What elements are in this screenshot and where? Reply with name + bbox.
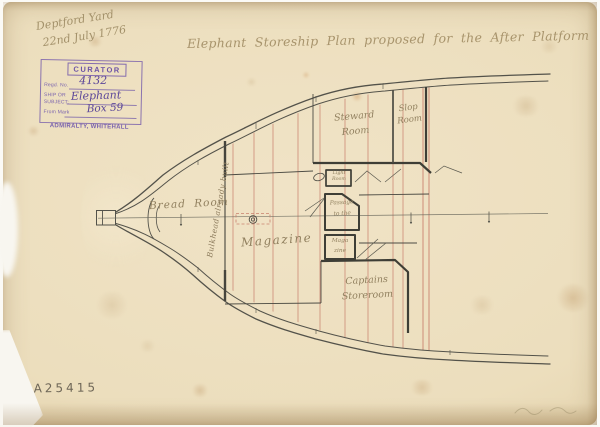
passage-line2: to the <box>325 208 360 221</box>
passage-label: Passage to the <box>324 197 359 221</box>
slop-room-label: Slop Room <box>388 100 431 129</box>
magazine-dashed-outline <box>236 214 270 225</box>
stamp-ship-label: SHIP OR SUBJECT: <box>44 92 69 106</box>
curator-stamp: CURATOR Regd. No. 4132 SHIP OR SUBJECT: … <box>39 59 142 125</box>
small-magazine-line2: zine <box>324 247 356 257</box>
stamp-ship-label-top: SHIP OR <box>44 92 69 99</box>
stamp-ship-value: Elephant <box>71 88 122 103</box>
paper-sheet: Deptford Yard 22nd July 1776 Elephant St… <box>3 2 597 425</box>
catalog-number: 2A25415 <box>23 380 98 395</box>
edge-shading-right <box>587 2 597 425</box>
stamp-regd-no-value: 4132 <box>79 74 107 87</box>
stamp-ship-label-bottom: SUBJECT: <box>44 99 69 106</box>
small-magazine-label: Maga zine <box>324 237 356 257</box>
stamp-rule <box>64 116 136 119</box>
steward-room-label: Steward Room <box>322 107 388 142</box>
small-magazine-line1: Maga <box>324 237 356 247</box>
stamp-from-mark-value: Box 59 <box>86 101 123 115</box>
edge-shading-bottom <box>3 403 597 425</box>
light-room-line2: Room <box>326 177 352 183</box>
edge-shading-top <box>3 2 597 11</box>
light-room-label: Light Room <box>326 171 352 184</box>
passage-line1: Passage <box>324 197 359 210</box>
scanned-plan-photo: Deptford Yard 22nd July 1776 Elephant St… <box>0 0 600 427</box>
captains-storeroom-label: Captains Storeroom <box>324 271 409 306</box>
stamp-from-mark-label: From Mark <box>43 109 69 116</box>
centerline <box>98 214 548 219</box>
stamp-regd-no-label: Regd. No. <box>44 82 68 89</box>
